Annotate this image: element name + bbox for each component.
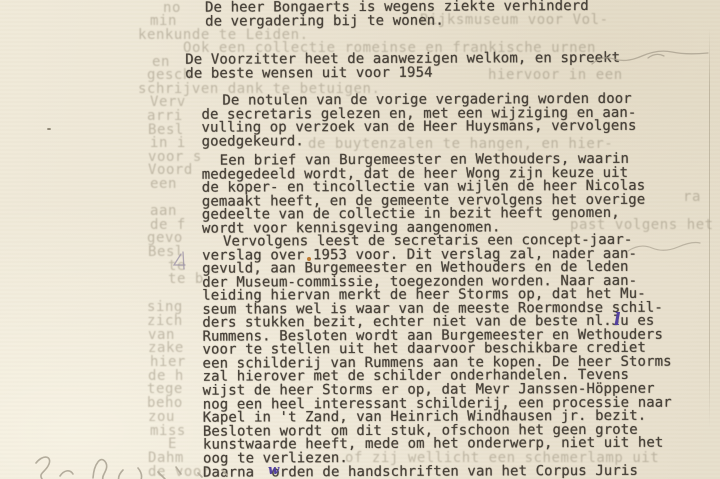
handwritten-ink-corrections-layer: lw bbox=[0, 0, 720, 479]
paper-speck bbox=[307, 257, 311, 261]
paper-speck bbox=[47, 128, 51, 130]
scanned-typewritten-minutes-page: nominRijksmuseum voor Vol-kenkunde te Le… bbox=[0, 0, 720, 479]
ink-correction-l: l bbox=[614, 310, 620, 330]
ink-correction-w: w bbox=[268, 463, 279, 478]
